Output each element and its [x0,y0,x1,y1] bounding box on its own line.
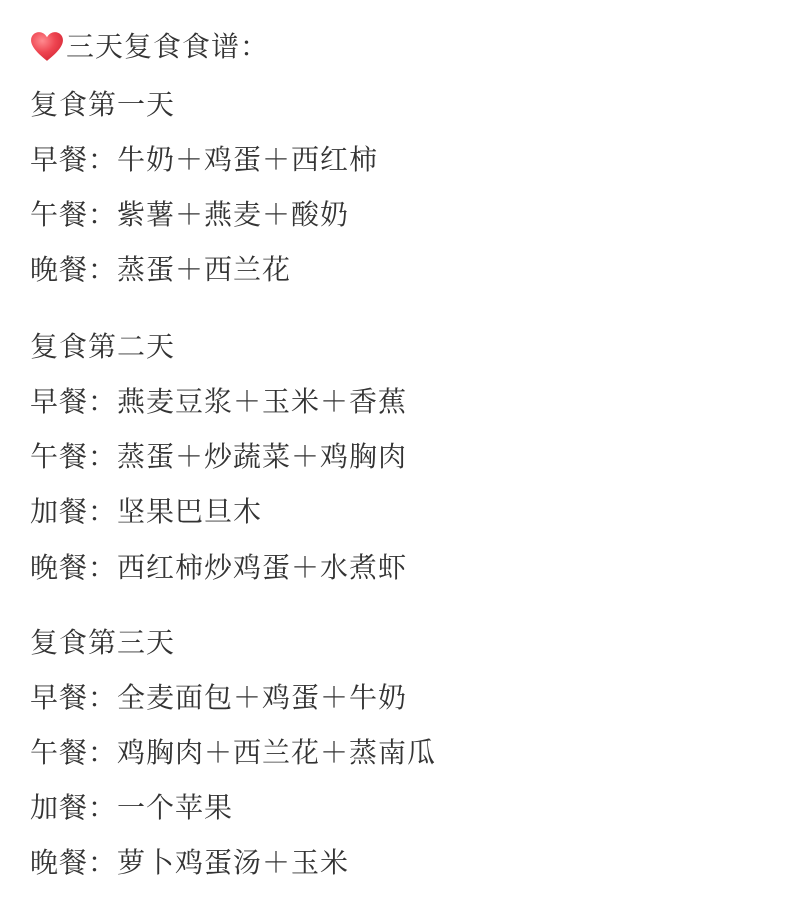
meal-label: 早餐： [30,385,117,418]
meal-row: 加餐：一个苹果 [30,788,233,828]
meal-items: 一个苹果 [117,791,233,824]
meal-row: 早餐：全麦面包＋鸡蛋＋牛奶 [30,678,407,718]
meal-items: 燕麦豆浆＋玉米＋香蕉 [117,385,407,418]
meal-label: 晚餐： [30,253,117,286]
day-1-heading: 复食第一天 [30,85,175,125]
day-2-heading: 复食第二天 [30,327,175,367]
meal-label: 加餐： [30,495,117,528]
meal-row: 午餐：鸡胸肉＋西兰花＋蒸南瓜 [30,733,436,773]
meal-label: 晚餐： [30,846,117,879]
meal-items: 坚果巴旦木 [117,495,262,528]
meal-row: 午餐：紫薯＋燕麦＋酸奶 [30,195,349,235]
meal-row: 加餐：坚果巴旦木 [30,492,262,532]
red-heart-icon [30,30,64,64]
title-text: 三天复食食谱： [66,27,269,67]
meal-row: 晚餐：萝卜鸡蛋汤＋玉米 [30,843,349,883]
document-title: 三天复食食谱： [30,27,269,67]
meal-label: 晚餐： [30,551,117,584]
meal-row: 早餐：牛奶＋鸡蛋＋西红柿 [30,140,378,180]
day-3-heading: 复食第三天 [30,623,175,663]
meal-label: 午餐： [30,440,117,473]
meal-items: 西红柿炒鸡蛋＋水煮虾 [117,551,407,584]
meal-row: 午餐：蒸蛋＋炒蔬菜＋鸡胸肉 [30,437,407,477]
meal-label: 早餐： [30,143,117,176]
meal-label: 午餐： [30,736,117,769]
meal-label: 午餐： [30,198,117,231]
meal-row: 晚餐：蒸蛋＋西兰花 [30,250,291,290]
meal-label: 早餐： [30,681,117,714]
meal-row: 晚餐：西红柿炒鸡蛋＋水煮虾 [30,548,407,588]
meal-items: 全麦面包＋鸡蛋＋牛奶 [117,681,407,714]
meal-items: 鸡胸肉＋西兰花＋蒸南瓜 [117,736,436,769]
meal-items: 蒸蛋＋西兰花 [117,253,291,286]
meal-items: 牛奶＋鸡蛋＋西红柿 [117,143,378,176]
meal-label: 加餐： [30,791,117,824]
meal-items: 萝卜鸡蛋汤＋玉米 [117,846,349,879]
meal-items: 蒸蛋＋炒蔬菜＋鸡胸肉 [117,440,407,473]
meal-items: 紫薯＋燕麦＋酸奶 [117,198,349,231]
meal-row: 早餐：燕麦豆浆＋玉米＋香蕉 [30,382,407,422]
